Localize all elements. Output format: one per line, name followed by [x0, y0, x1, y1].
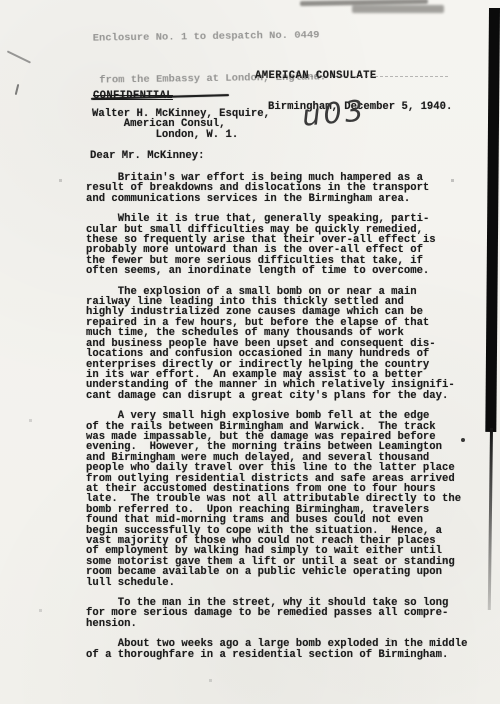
recipient-address: Walter H. McKinney, Esquire, American Co… [92, 109, 270, 140]
scanned-letter-page: Enclosure No. 1 to despatch No. 0449 fro… [0, 0, 500, 704]
paragraph-6: About two weeks ago a large bomb explode… [86, 639, 490, 660]
salutation: Dear Mr. McKinney: [90, 151, 204, 161]
dateline-underline [300, 76, 448, 77]
paragraph-4: A very small high explosive bomb fell at… [86, 411, 490, 588]
scan-edge-bar [485, 8, 500, 432]
scan-artifact-dot [461, 438, 465, 442]
paragraph-3: The explosion of a small bomb on or near… [86, 287, 490, 401]
stray-pen-mark [15, 84, 20, 95]
enclosure-line1: Enclosure No. 1 to despatch No. 0449 [93, 28, 326, 45]
paragraph-1: Britain's war effort is being much hampe… [86, 173, 490, 204]
handwritten-mark: u03 [301, 93, 368, 132]
ink-smudge [352, 5, 444, 13]
letter-body: Britain's war effort is being much hampe… [86, 173, 490, 670]
stray-pen-mark [7, 50, 31, 63]
paragraph-5: To the man in the street, why it should … [86, 598, 490, 629]
paper-specks [0, 0, 1, 1]
paragraph-2: While it is true that, generally speakin… [86, 214, 490, 276]
